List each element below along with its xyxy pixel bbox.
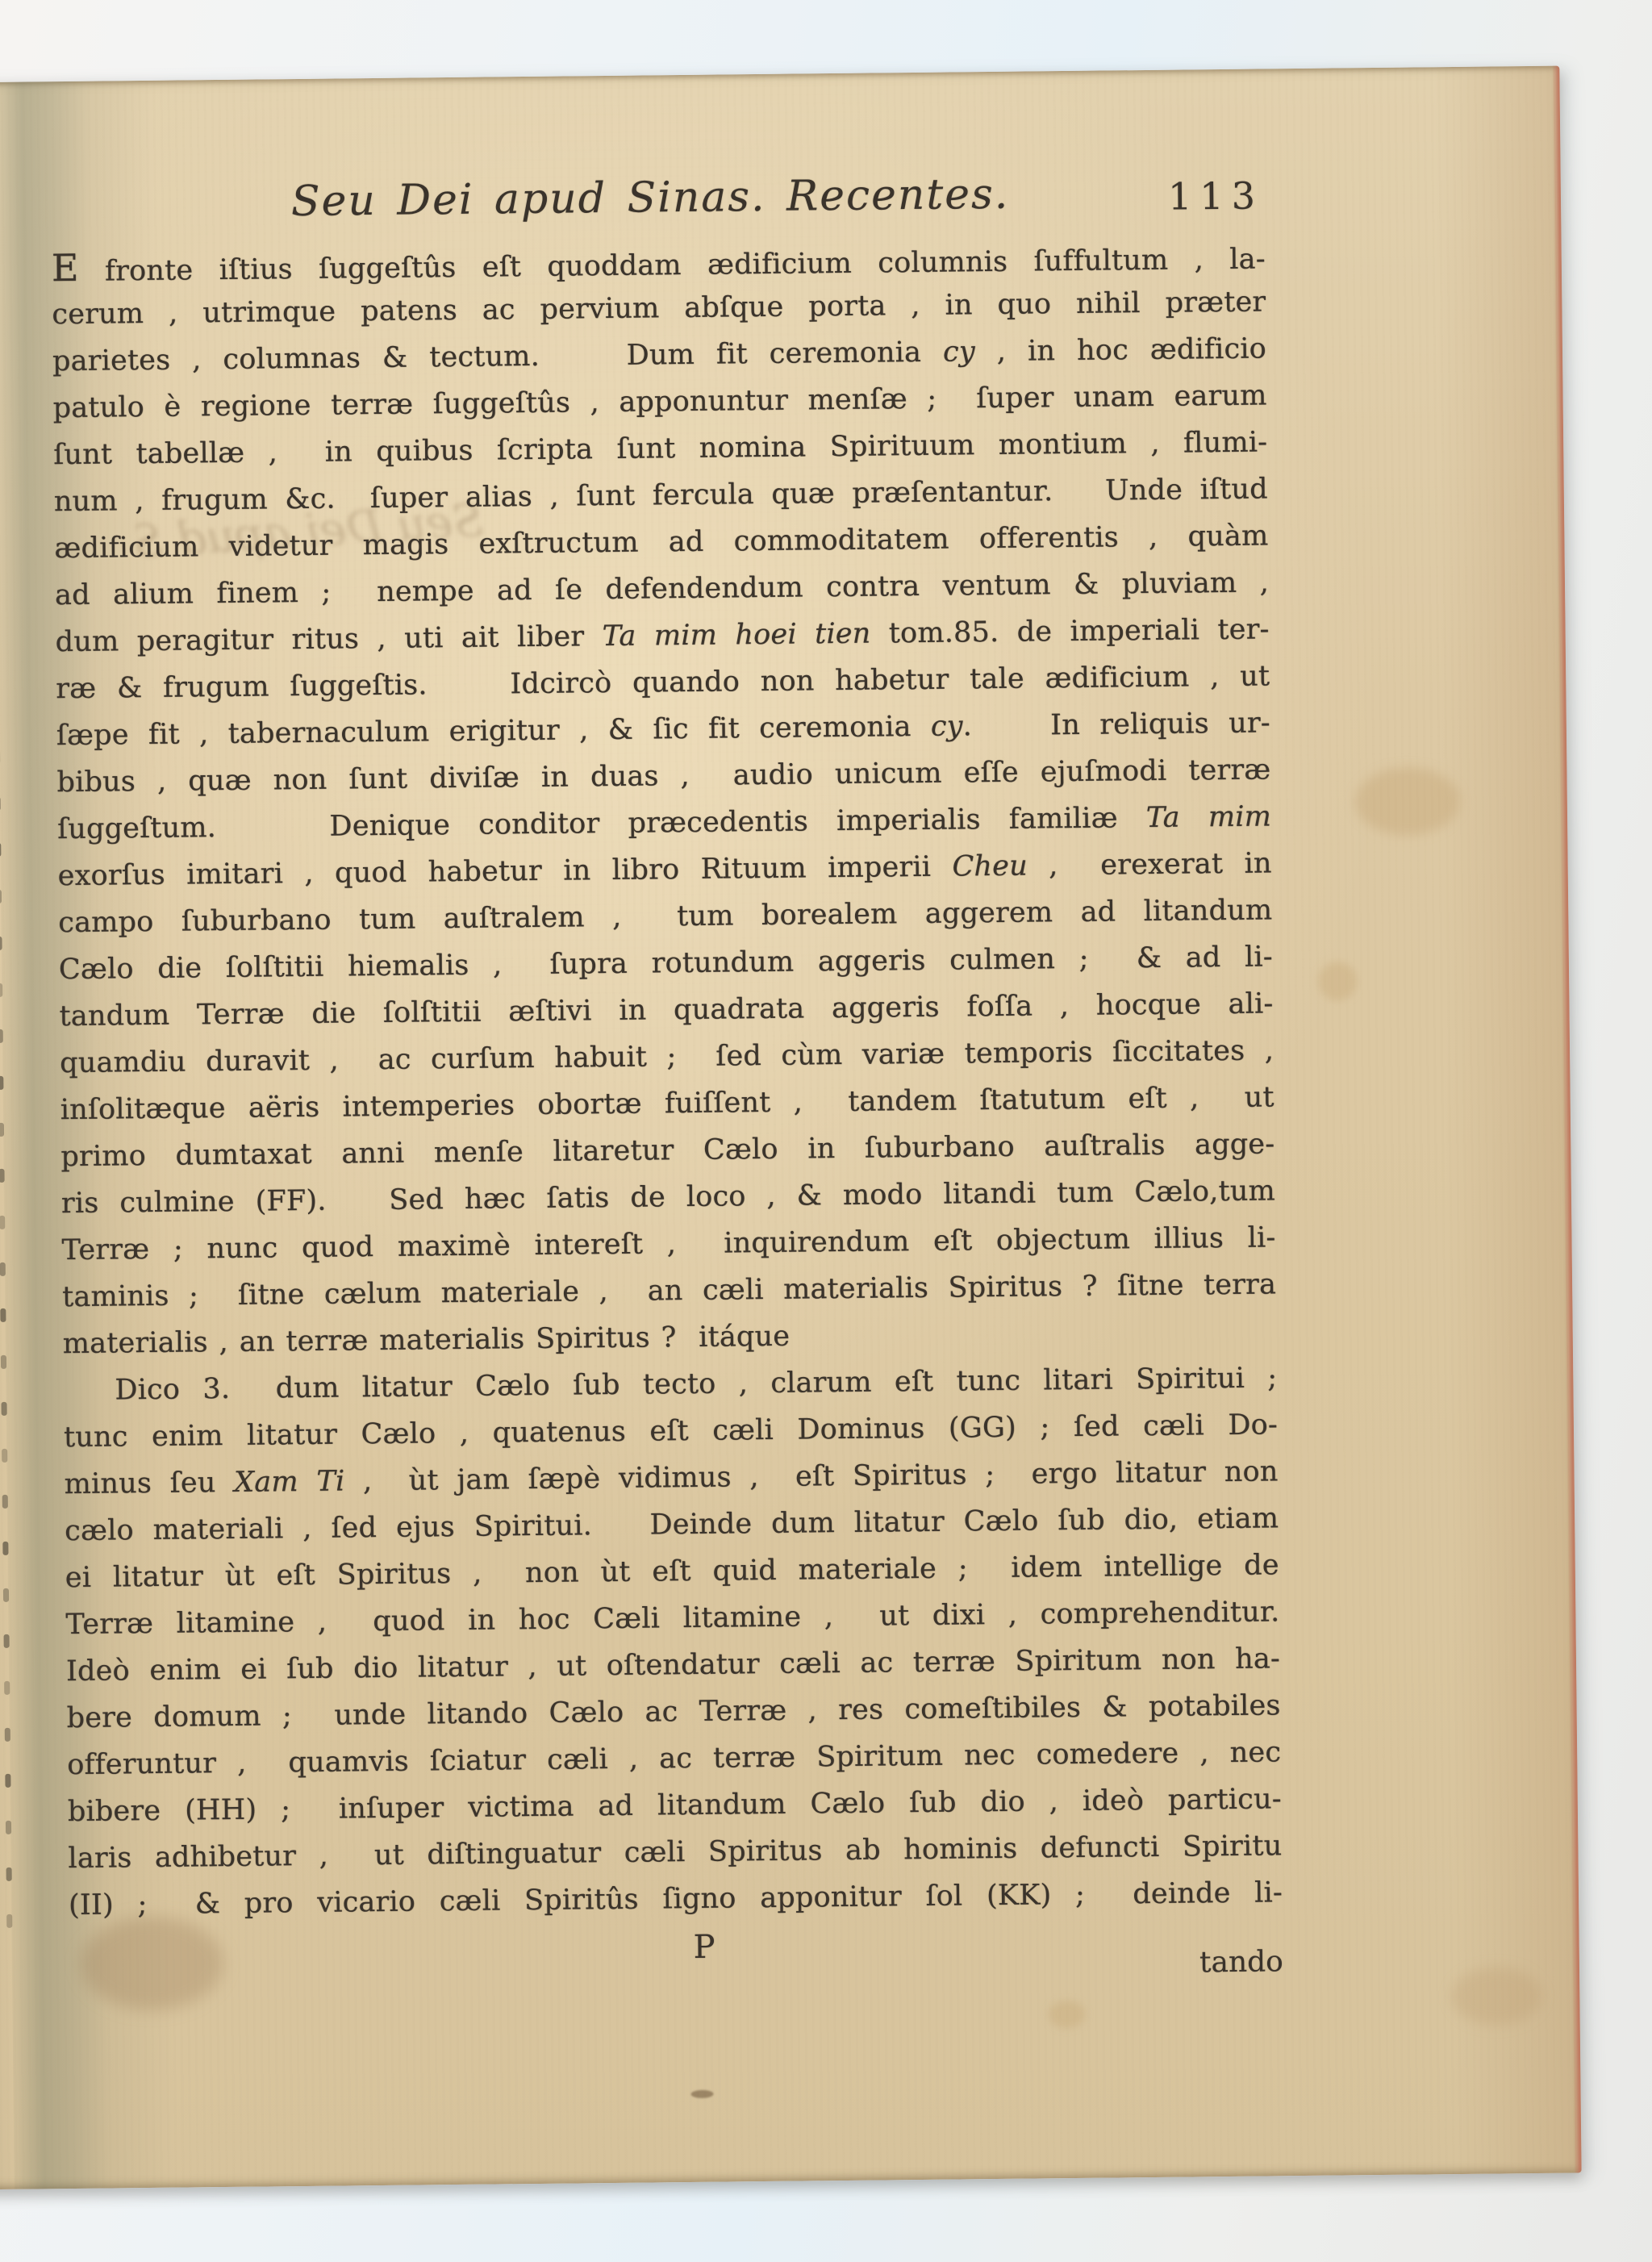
foxing-stain — [1451, 1967, 1542, 2026]
italic-text-segment: Ta mim hoei tien — [602, 618, 870, 653]
text-segment: parietes , columnas & tectum. Dum fit ce… — [52, 336, 943, 378]
binding-edge-shade — [0, 82, 16, 2190]
right-edge-shade — [1433, 66, 1576, 2174]
text-segment: laris adhibetur , ut diſtinguatur cæli S… — [68, 1830, 1282, 1875]
binding-mark — [1, 1355, 6, 1369]
text-segment: patulo è regione terræ ſuggeſtûs , appon… — [52, 379, 1266, 424]
text-segment: num , frugum &c. ſuper alias , ſunt ferc… — [54, 473, 1268, 518]
foxing-stain — [1354, 767, 1460, 836]
binding-mark — [6, 1821, 11, 1834]
text-segment: offeruntur , quamvis ſciatur cæli , ac t… — [67, 1736, 1281, 1781]
text-segment: bibus , quæ non ſunt diviſæ in duas , au… — [56, 753, 1270, 799]
binding-mark — [0, 890, 2, 904]
text-segment: quamdiu duravit , ac curſum habuit ; ſed… — [60, 1034, 1274, 1079]
text-segment: , erexerat in — [1028, 847, 1272, 882]
binding-mark — [0, 843, 1, 857]
text-segment: ſunt tabellæ , in quibus ſcripta ſunt no… — [53, 426, 1267, 471]
text-segment: dum peragitur ritus , uti ait liber — [55, 620, 602, 658]
binding-mark — [0, 797, 1, 811]
binding-mark — [4, 1681, 10, 1695]
binding-mark — [6, 1868, 12, 1881]
binding-mark — [5, 1774, 10, 1788]
binding-mark — [2, 1449, 7, 1463]
fore-edge-tint — [1552, 66, 1581, 2173]
text-segment: ris culmine (FF). Sed hæc ſatis de loco … — [61, 1175, 1275, 1220]
italic-text-segment: Ta mim — [1146, 800, 1272, 834]
text-segment: campo ſuburbano tum auſtralem , tum bore… — [58, 894, 1272, 939]
text-segment: , ùt jam ſæpè vidimus , eſt Spiritus ; e… — [344, 1455, 1279, 1497]
text-segment: Cælo die ſolſtitii hiemalis , ſupra rotu… — [59, 941, 1273, 986]
text-segment: minus ſeu — [64, 1467, 234, 1500]
text-segment: tom.85. de imperiali ter- — [870, 613, 1270, 649]
text-segment: cerum , utrimque patens ac pervium abſqu… — [52, 286, 1266, 331]
text-segment: Terræ litamine , quod in hoc Cæli litami… — [65, 1596, 1279, 1641]
binding-mark — [0, 1216, 5, 1229]
text-segment: , in hoc ædificio — [975, 332, 1267, 368]
text-segment: inſolitæque aëris intemperies obortæ fui… — [60, 1081, 1274, 1126]
binding-mark — [4, 1634, 10, 1648]
binding-mark — [0, 1076, 3, 1090]
text-segment: ſæpe fit , tabernaculum erigitur , & ſic… — [56, 711, 931, 752]
text-segment: tandum Terræ die ſolſtitii æſtivi in qua… — [59, 987, 1273, 1033]
text-segment: Ideò enim ei ſub dio litatur , ut oſtend… — [66, 1642, 1280, 1688]
text-segment: primo dumtaxat anni menſe litaretur Cælo… — [60, 1128, 1274, 1173]
binding-mark — [0, 983, 2, 997]
scanned-book-page: Seu Dei apud Sinas. Recentes. Seu Dei ap… — [0, 0, 1652, 2262]
binding-mark — [2, 1542, 8, 1555]
binding-mark — [5, 1728, 10, 1742]
page-content: Seu Dei apud Sinas. Recentes. 113 E fron… — [49, 69, 1285, 2189]
text-segment: ædificium videtur magis exſtructum ad co… — [54, 520, 1268, 565]
text-segment: cælo materiali , ſed ejus Spiritui. Dein… — [65, 1502, 1279, 1547]
text-segment: . In reliquis ur- — [962, 707, 1270, 742]
foxing-stain — [1318, 962, 1358, 1001]
text-segment: materialis , an terræ materialis Spiritu… — [63, 1321, 791, 1360]
text-segment: ræ & frugum ſuggeſtis. Idcircò quando no… — [56, 660, 1270, 705]
running-head-row: Seu Dei apud Sinas. Recentes. 113 — [51, 159, 1266, 241]
text-segment: bibere (HH) ; inſuper victima ad litandu… — [68, 1783, 1282, 1828]
text-segment: Terræ ; nunc quod maximè intereſt , inqu… — [61, 1221, 1275, 1267]
text-segment: ei litatur ùt eſt Spiritus , non ùt eſt … — [65, 1549, 1279, 1594]
binding-mark — [2, 1495, 8, 1509]
binding-mark — [0, 1308, 6, 1322]
text-segment: tunc enim litatur Cælo , quatenus eſt cæ… — [64, 1409, 1278, 1454]
italic-text-segment: Xam Ti — [234, 1465, 345, 1498]
text-segment: Dico 3. dum litatur Cælo ſub tecto , cla… — [115, 1362, 1277, 1406]
text-segment: E — [52, 246, 79, 290]
binding-mark — [3, 1588, 9, 1602]
binding-mark — [0, 937, 2, 950]
binding-mark — [0, 1123, 4, 1137]
page-paper: Seu Dei apud Sinas. Recentes. Seu Dei ap… — [0, 66, 1582, 2190]
binding-mark — [0, 1029, 3, 1043]
text-segment: exorſus imitari , quod habetur in libro … — [57, 851, 952, 893]
text-segment: taminis ; ſitne cælum materiale , an cæl… — [62, 1268, 1276, 1313]
italic-text-segment: cy — [943, 336, 975, 368]
running-head-title: Seu Dei apud Sinas. Recentes. — [291, 162, 1010, 234]
binding-mark — [0, 1262, 6, 1276]
binding-mark — [0, 1169, 5, 1183]
text-segment: (II) ; & pro vicario cæli Spiritûs ſigno… — [69, 1876, 1283, 1922]
binding-mark — [2, 1402, 7, 1416]
page-number: 113 — [1168, 167, 1264, 224]
binding-mark — [6, 1914, 12, 1928]
italic-text-segment: Cheu — [952, 850, 1028, 883]
text-segment: ſuggeſtum. Denique conditor præcedentis … — [57, 802, 1146, 845]
italic-text-segment: cy — [931, 710, 963, 742]
text-segment: ad alium finem ; nempe ad ſe defendendum… — [55, 566, 1269, 611]
body-text: E fronte iſtius ſuggeſtûs eſt quoddam æd… — [51, 232, 1283, 1929]
text-segment: bere domum ; unde litando Cælo ac Terræ … — [66, 1689, 1280, 1734]
